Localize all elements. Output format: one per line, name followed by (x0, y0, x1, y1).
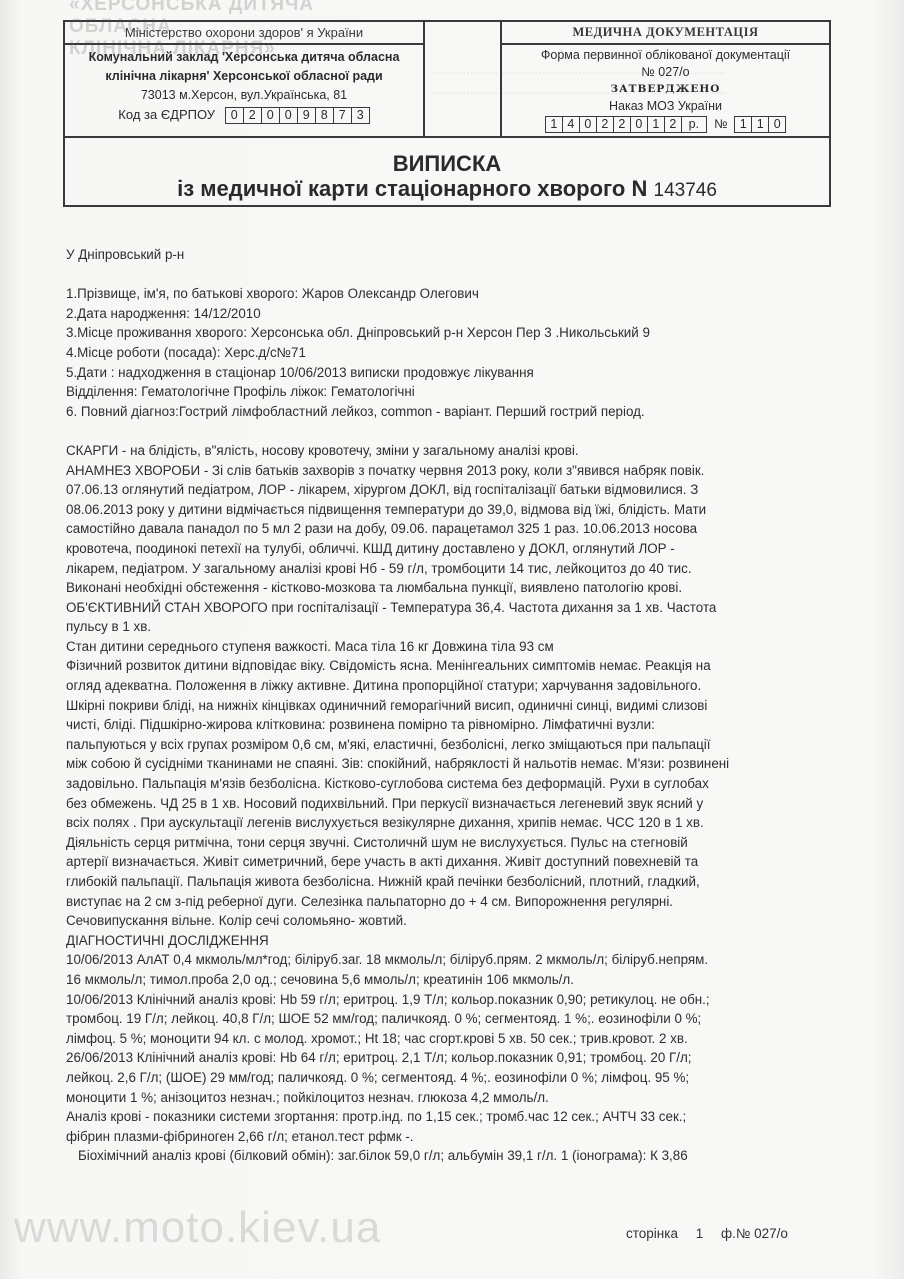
institution-line-1: Комунальний заклад 'Херсонська дитяча об… (65, 48, 423, 67)
residence-line: 3.Місце проживання хворого: Херсонська о… (66, 323, 866, 343)
text-line: Фізичний розвиток дитини відповідає віку… (66, 656, 866, 676)
card-number: 143746 (654, 180, 717, 201)
edrpou-digit: 7 (333, 108, 351, 123)
order-number-digit: 0 (768, 117, 785, 132)
text-line: без обмежень. ЧД 25 в 1 хв. Носовий поди… (66, 794, 866, 814)
order-date-digit: 4 (562, 117, 579, 132)
institution-cell: Міністерство охорони здоров' я України К… (65, 22, 425, 136)
order-date-digit: 1 (546, 117, 562, 132)
order-label: Наказ МОЗ України (502, 98, 829, 115)
text-line: пульсу в 1 хв. (66, 617, 866, 637)
order-date-digit: 2 (664, 117, 681, 132)
edrpou-digit: 0 (261, 108, 279, 123)
order-date-digit: 0 (579, 117, 596, 132)
medical-documentation-heading: МЕДИЧНА ДОКУМЕНТАЦІЯ (502, 22, 829, 45)
patient-name-line: 1.Прізвище, ім'я, по батькові хворого: Ж… (66, 284, 866, 304)
recipient-line: У Дніпровський р-н (66, 245, 866, 265)
text-line: задовільно. Пальпація м'язів безболісна.… (66, 774, 866, 794)
edrpou-label: Код за ЄДРПОУ (118, 107, 215, 122)
biochemistry-line: Біохімічний аналіз крові (білковий обмін… (66, 1146, 866, 1166)
order-date-digit: 1 (647, 117, 664, 132)
text-line: між собою й сусідніми тканинами не спаян… (66, 754, 866, 774)
text-line: огляд адекватна. Положення в ліжку актив… (66, 676, 866, 696)
approved-label: ЗАТВЕРДЖЕНО (502, 81, 829, 98)
edrpou-digit: 8 (315, 108, 333, 123)
document-body: У Дніпровський р-н 1.Прізвище, ім'я, по … (66, 245, 866, 1166)
institution-line-2: клінічна лікарня' Херсонської обласної р… (65, 67, 423, 86)
form-reference: ф.№ 027/о (721, 1226, 788, 1241)
text-line: ОБ'ЄКТИВНИЙ СТАН ХВОРОГО при госпіталіза… (66, 598, 866, 618)
edrpou-digit: 9 (297, 108, 315, 123)
text-line: Аналіз крові - показники системи згортан… (66, 1107, 866, 1127)
watermark: www.moto.kiev.ua (14, 1203, 381, 1253)
text-line: моноцити 1 %; анізоцитоз незнач.; пойкіл… (66, 1088, 866, 1108)
edrpou-digit: 3 (351, 108, 369, 123)
document-page: ........................................… (0, 0, 904, 1279)
text-line: виступає на 2 см з-під реберної дуги. Се… (66, 892, 866, 912)
text-line: лікарем, педіатром. У загальному аналізі… (66, 559, 866, 579)
order-number-digit: 1 (751, 117, 768, 132)
text-line: глибокій пальпації. Пальпація живота без… (66, 872, 866, 892)
text-line: Шкірні покриви бліді, на нижніх кінцівка… (66, 696, 866, 716)
text-line: ДІАГНОСТИЧНІ ДОСЛІДЖЕННЯ (66, 931, 866, 951)
text-line: 16 мкмоль/л; тимол.проба 2,0 од.; сечови… (66, 970, 866, 990)
order-date-digit: 0 (630, 117, 647, 132)
text-line: 07.06.13 оглянутий педіатром, ЛОР - ліка… (66, 480, 866, 500)
text-line: 26/06/2013 Клінічний аналіз крові: Hb 64… (66, 1048, 866, 1068)
page-label: сторінка (626, 1226, 678, 1241)
edrpou-digit: 0 (279, 108, 297, 123)
form-number: № 027/о (502, 64, 829, 81)
text-line: 10/06/2013 Клінічний аналіз крові: Hb 59… (66, 990, 866, 1010)
edrpou-digits: 02009873 (225, 107, 370, 124)
text-line: 10/06/2013 АлАТ 0,4 мкмоль/мл*год; білір… (66, 950, 866, 970)
document-header-box: Міністерство охорони здоров' я України К… (63, 20, 831, 207)
order-date-digit: р. (681, 117, 706, 132)
order-date-digit: 2 (596, 117, 613, 132)
text-line: АНАМНЕЗ ХВОРОБИ - Зі слів батьків захвор… (66, 461, 866, 481)
text-line: пальпуються у всіх групах розміром 0,6 с… (66, 735, 866, 755)
blank-middle-cell (425, 22, 502, 136)
admission-dates-line: 5.Дати : надходження в стаціонар 10/06/2… (66, 363, 866, 383)
edrpou-row: Код за ЄДРПОУ 02009873 (65, 106, 423, 124)
form-description: Форма первинної облікованої документації (502, 47, 829, 64)
text-line: чисті, бліді. Підшкірно-жирова клітковин… (66, 715, 866, 735)
workplace-line: 4.Місце роботи (посада): Херс.д/с№71 (66, 343, 866, 363)
text-line: лімфоц. 5 %; моноцити 94 кл. с молод. хр… (66, 1029, 866, 1049)
page-number: 1 (696, 1226, 704, 1241)
department-line: Відділення: Гематологічне Профіль ліжок:… (66, 382, 866, 402)
subtitle-text: із медичної карти стаціонарного хворого … (177, 176, 647, 201)
text-line: Діяльність серця ритмічна, тони серця зв… (66, 833, 866, 853)
institution-address: 73013 м.Херсон, вул.Українська, 81 (65, 86, 423, 105)
text-line: 08.06.2013 року у дитини відмічається пі… (66, 500, 866, 520)
clinical-text: СКАРГИ - на блідість, в"ялість, носову к… (66, 441, 866, 1146)
text-line: артерії визначається. Живіт симетричний,… (66, 852, 866, 872)
edrpou-digit: 0 (226, 108, 243, 123)
ministry-name: Міністерство охорони здоров' я України (65, 22, 423, 45)
text-line: тромбоц. 19 Г/л; лейкоц. 40,8 Г/л; ШОЕ 5… (66, 1009, 866, 1029)
order-number-digits: 110 (734, 116, 786, 133)
text-line: СКАРГИ - на блідість, в"ялість, носову к… (66, 441, 866, 461)
text-line: Виконані необхідні обстеження - кістково… (66, 578, 866, 598)
document-subtitle: із медичної карти стаціонарного хворого … (65, 176, 829, 204)
form-info-cell: МЕДИЧНА ДОКУМЕНТАЦІЯ Форма первинної обл… (502, 22, 829, 136)
diagnosis-line: 6. Повний діагноз:Гострий лімфобластний … (66, 402, 866, 422)
order-number-digit: 1 (735, 117, 751, 132)
page-footer: сторінка 1 ф.№ 027/о (626, 1226, 802, 1241)
birth-date-line: 2.Дата народження: 14/12/2010 (66, 304, 866, 324)
order-date-digit: 2 (613, 117, 630, 132)
document-title: ВИПИСКА (65, 152, 829, 176)
order-number-label: № (714, 117, 727, 131)
text-line: фібрин плазми-фібриноген 2,66 г/л; етано… (66, 1127, 866, 1147)
text-line: лейкоц. 2,6 Г/л; (ШОЕ) 29 мм/год; паличк… (66, 1068, 866, 1088)
text-line: Сечовипускання вільне. Колір сечі соломь… (66, 911, 866, 931)
title-area: ВИПИСКА із медичної карти стаціонарного … (65, 138, 829, 205)
order-row: 14022012р. № 110 (502, 116, 829, 133)
edrpou-digit: 2 (243, 108, 261, 123)
order-date-digits: 14022012р. (545, 116, 707, 133)
text-line: кровотеча, поодинокі петехії на тулубі, … (66, 539, 866, 559)
text-line: Стан дитини середнього ступеня важкості.… (66, 637, 866, 657)
text-line: самостійно давала панадол по 5 мл 2 рази… (66, 519, 866, 539)
text-line: всіх полях . При аускультації легенів ви… (66, 813, 866, 833)
